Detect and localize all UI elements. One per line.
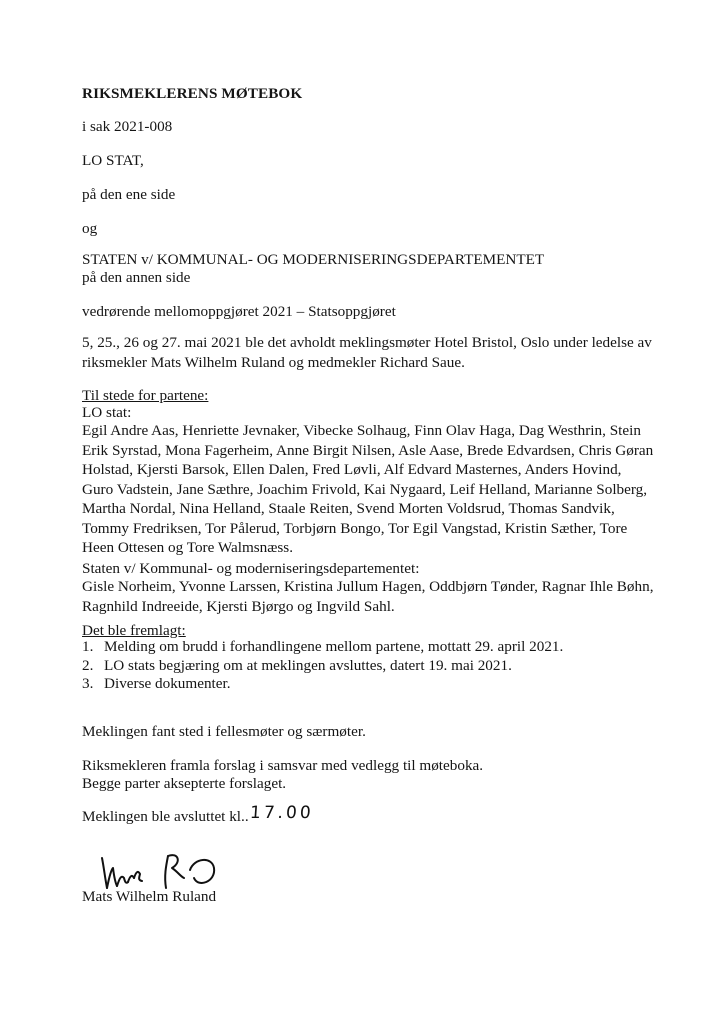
conjunction: og [82, 219, 97, 239]
case-number: i sak 2021-008 [82, 117, 172, 137]
state-attendees-line: Gisle Norheim, Yvonne Larssen, Kristina … [82, 577, 662, 597]
party-two: STATEN v/ KOMMUNAL- OG MODERNISERINGSDEP… [82, 250, 544, 270]
state-attendees: Gisle Norheim, Yvonne Larssen, Kristina … [82, 577, 662, 616]
meeting-line: 5, 25., 26 og 27. mai 2021 ble det avhol… [82, 333, 662, 353]
item-number: 3. [82, 674, 104, 694]
party-one: LO STAT, [82, 151, 144, 171]
proposal-line: Riksmekleren framla forslag i samsvar me… [82, 756, 483, 776]
lo-attendees-line: Erik Syrstad, Mona Fagerheim, Anne Birgi… [82, 441, 662, 461]
subject-line: vedrørende mellomoppgjøret 2021 – Statso… [82, 302, 396, 322]
lo-attendees: Egil Andre Aas, Henriette Jevnaker, Vibe… [82, 421, 662, 558]
party-two-side: på den annen side [82, 268, 190, 288]
meeting-line: riksmekler Mats Wilhelm Ruland og medmek… [82, 353, 662, 373]
state-attendees-line: Ragnhild Indreeide, Kjersti Bjørgo og In… [82, 597, 662, 617]
lo-attendees-line: Martha Nordal, Nina Helland, Staale Reit… [82, 499, 662, 519]
lo-attendees-line: Tommy Fredriksen, Tor Pålerud, Torbjørn … [82, 519, 662, 539]
document-title: RIKSMEKLERENS MØTEBOK [82, 84, 302, 104]
lo-attendees-line: Holstad, Kjersti Barsok, Ellen Dalen, Fr… [82, 460, 662, 480]
item-number: 2. [82, 656, 104, 676]
meeting-paragraph: 5, 25., 26 og 27. mai 2021 ble det avhol… [82, 333, 662, 372]
presented-item: 2.LO stats begjæring om at meklingen avs… [82, 656, 512, 676]
state-label: Staten v/ Kommunal- og moderniseringsdep… [82, 559, 419, 579]
item-number: 1. [82, 637, 104, 657]
party-one-side: på den ene side [82, 185, 175, 205]
accepted-line: Begge parter aksepterte forslaget. [82, 774, 286, 794]
item-text: Melding om brudd i forhandlingene mellom… [104, 638, 563, 655]
lo-attendees-line: Guro Vadstein, Jane Sæthre, Joachim Friv… [82, 480, 662, 500]
meetings-note: Meklingen fant sted i fellesmøter og sær… [82, 722, 366, 742]
presented-item: 1.Melding om brudd i forhandlingene mell… [82, 637, 563, 657]
handwritten-end-time: 17.00 [249, 803, 314, 823]
item-text: LO stats begjæring om at meklingen avslu… [104, 657, 512, 674]
lo-attendees-line: Egil Andre Aas, Henriette Jevnaker, Vibe… [82, 421, 662, 441]
lo-attendees-line: Heen Ottesen og Tore Walmsnæss. [82, 538, 662, 558]
item-text: Diverse dokumenter. [104, 675, 231, 692]
signatory-name: Mats Wilhelm Ruland [82, 887, 216, 907]
presented-item: 3.Diverse dokumenter. [82, 674, 231, 694]
lo-label: LO stat: [82, 403, 131, 423]
ended-label: Meklingen ble avsluttet kl.. [82, 807, 249, 827]
